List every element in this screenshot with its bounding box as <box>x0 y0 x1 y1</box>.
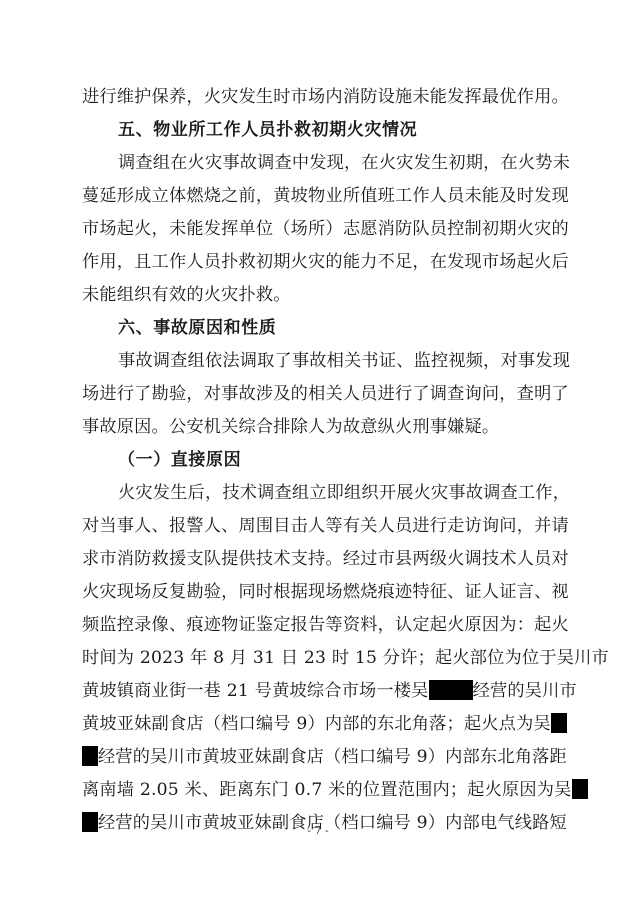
body-line-redacted: 离南墙 2.05 米、距离东门 0.7 米的位置范围内；起火原因为吴 <box>82 774 554 807</box>
text-segment: 经营的吴川市黄坡亚妹副食店（档口编号 9）内部东北角落距 <box>98 747 567 767</box>
redaction-block <box>429 680 473 700</box>
section-heading-5: 五、物业所工作人员扑救初期火灾情况 <box>118 114 554 147</box>
body-line: 火灾发生后，技术调查组立即组织开展火灾事故调查工作， <box>118 477 554 510</box>
text-segment: 离南墙 2.05 米、距离东门 0.7 米的位置范围内；起火原因为吴 <box>82 780 572 800</box>
redaction-block <box>82 746 98 766</box>
text-segment: 经营的吴川市 <box>473 681 577 701</box>
body-line: 蔓延形成立体燃烧之前，黄坡物业所值班工作人员未能及时发现 <box>82 180 554 213</box>
page-number: - 7 - <box>0 824 636 837</box>
body-line: 火灾现场反复勘验，同时根据现场燃烧痕迹特征、证人证言、视 <box>82 576 554 609</box>
document-page: 进行维护保养，火灾发生时市场内消防设施未能发挥最优作用。 五、物业所工作人员扑救… <box>0 0 636 899</box>
body-line-redacted: 黄坡亚妹副食店（档口编号 9）内部的东北角落；起火点为吴 <box>82 708 554 741</box>
subsection-heading-direct-cause: （一）直接原因 <box>118 444 554 477</box>
body-line: 事故原因。公安机关综合排除人为故意纵火刑事嫌疑。 <box>82 411 554 444</box>
body-line: 调查组在火灾事故调查中发现，在火灾发生初期，在火势未 <box>118 147 554 180</box>
redaction-block <box>572 779 588 799</box>
body-line: 频监控录像、痕迹物证鉴定报告等资料，认定起火原因为：起火 <box>82 609 554 642</box>
body-line-redacted: 经营的吴川市黄坡亚妹副食店（档口编号 9）内部东北角落距 <box>82 741 554 774</box>
body-line: 时间为 2023 年 8 月 31 日 23 时 15 分许；起火部位为位于吴川… <box>82 642 554 675</box>
section-heading-6: 六、事故原因和性质 <box>118 312 554 345</box>
body-line: 事故调查组依法调取了事故相关书证、监控视频，对事发现 <box>118 345 554 378</box>
body-line: 求市消防救援支队提供技术支持。经过市县两级火调技术人员对 <box>82 543 554 576</box>
text-segment: 黄坡镇商业街一巷 21 号黄坡综合市场一楼吴 <box>82 681 429 701</box>
body-line-redacted: 黄坡镇商业街一巷 21 号黄坡综合市场一楼吴经营的吴川市 <box>82 675 554 708</box>
body-line: 未能组织有效的火灾扑救。 <box>82 279 554 312</box>
body-line: 市场起火，未能发挥单位（场所）志愿消防队员控制初期火灾的 <box>82 213 554 246</box>
body-line: 场进行了勘验，对事故涉及的相关人员进行了调查询问，查明了 <box>82 378 554 411</box>
body-line: 进行维护保养，火灾发生时市场内消防设施未能发挥最优作用。 <box>82 81 554 114</box>
body-line: 作用，且工作人员扑救初期火灾的能力不足，在发现市场起火后 <box>82 246 554 279</box>
redaction-block <box>551 713 567 733</box>
body-line: 对当事人、报警人、周围目击人等有关人员进行走访询问，并请 <box>82 510 554 543</box>
text-segment: 黄坡亚妹副食店（档口编号 9）内部的东北角落；起火点为吴 <box>82 714 551 734</box>
